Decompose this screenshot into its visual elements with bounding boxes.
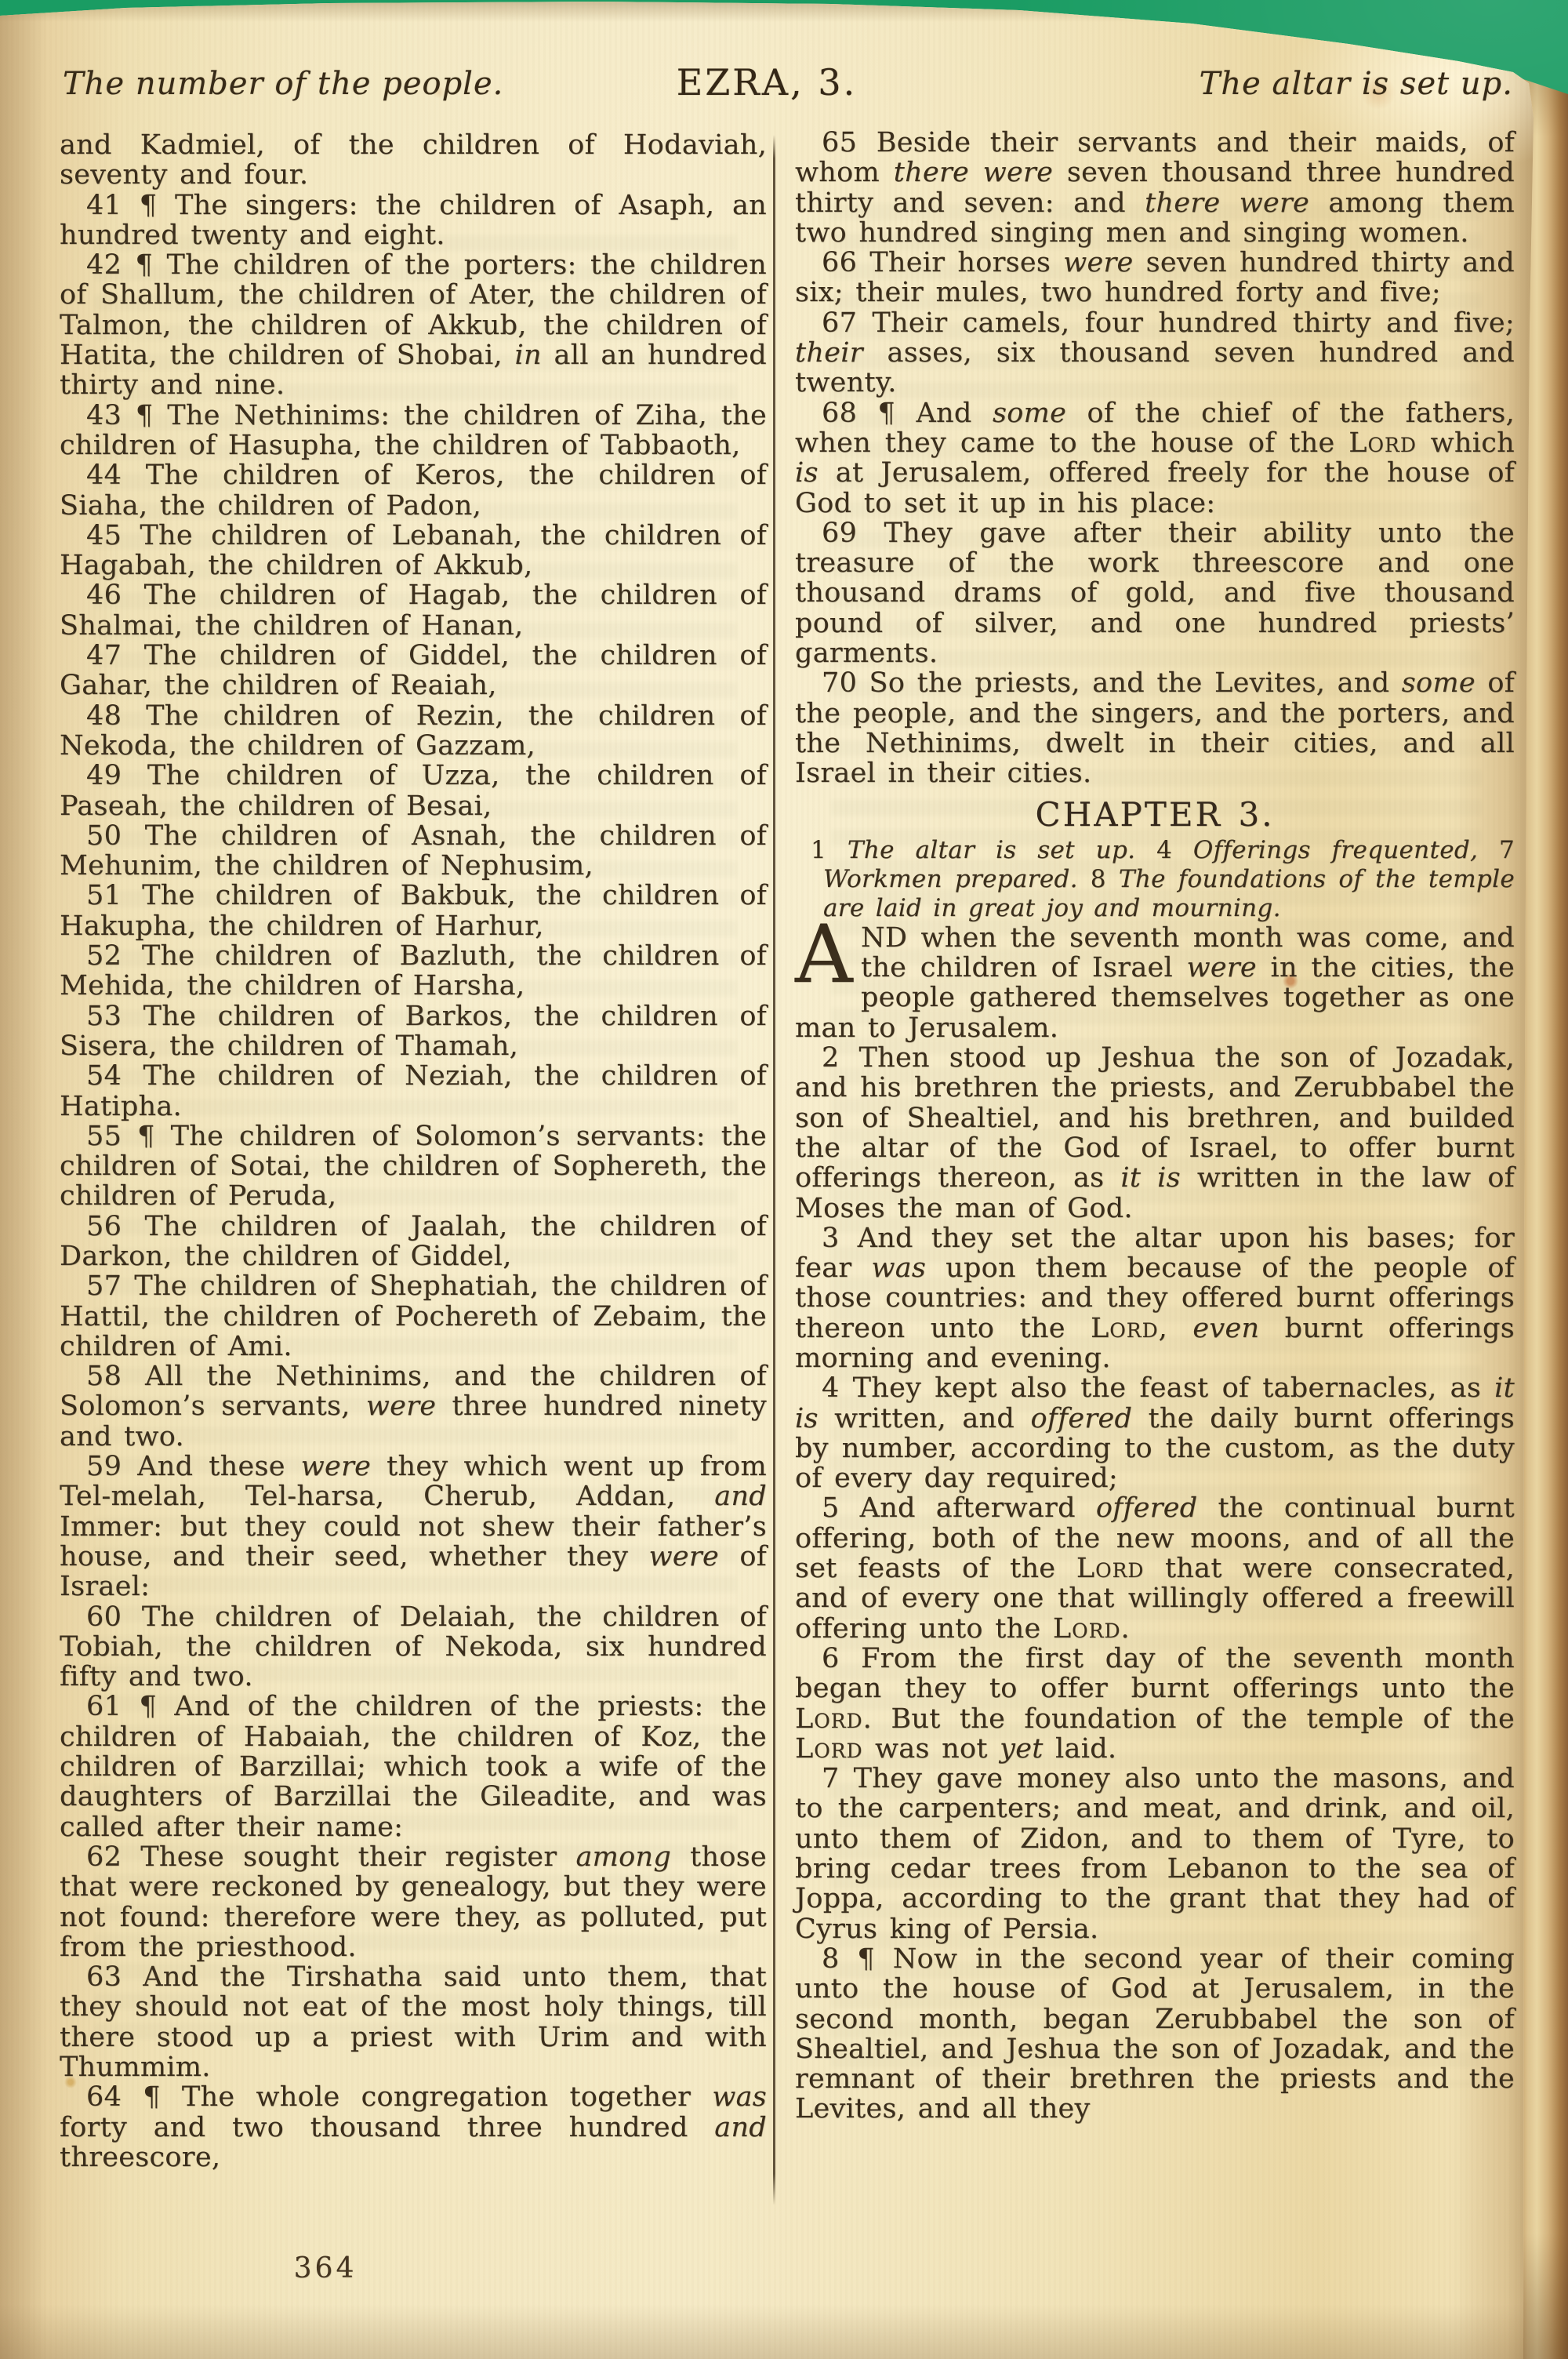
verse-paragraph: 54 The children of Neziah, the children …	[60, 1061, 767, 1121]
verse-paragraph: 52 The children of Bazluth, the children…	[60, 941, 767, 1001]
column-divider-rule	[773, 135, 775, 2205]
verse-paragraph: 66 Their horses were seven hundred thirt…	[795, 248, 1515, 308]
verse-paragraph: 46 The children of Hagab, the children o…	[60, 580, 767, 641]
verse-paragraph: 43 ¶ The Nethinims: the children of Ziha…	[60, 401, 767, 461]
verse-paragraph: 8 ¶ Now in the second year of their comi…	[795, 1944, 1515, 2125]
verse-paragraph: 67 Their camels, four hundred thirty and…	[795, 308, 1515, 398]
verse-paragraph: 69 They gave after their ability unto th…	[795, 518, 1515, 668]
verse-paragraph: 58 All the Nethinims, and the children o…	[60, 1361, 767, 1452]
chapter-summary: 1 The altar is set up. 4 Offerings frequ…	[795, 836, 1515, 923]
verse-paragraph: 47 The children of Giddel, the children …	[60, 641, 767, 701]
verse-paragraph: 45 The children of Lebanah, the children…	[60, 521, 767, 581]
verse-paragraph: 59 And these were they which went up fro…	[60, 1452, 767, 1601]
verse-paragraph: 7 They gave money also unto the masons, …	[795, 1764, 1515, 1944]
verse-paragraph: 3 And they set the altar upon his bases;…	[795, 1223, 1515, 1373]
running-head-right: The altar is set up.	[1200, 66, 1513, 102]
right-text-column: 65 Beside their servants and their maids…	[795, 128, 1515, 2125]
verse-paragraph: 2 Then stood up Jeshua the son of Jozada…	[795, 1043, 1515, 1223]
drop-cap: A	[795, 923, 861, 984]
verse-paragraph: 6 From the first day of the seventh mont…	[795, 1644, 1515, 1764]
verse-paragraph: and Kadmiel, of the children of Hodaviah…	[60, 130, 767, 191]
photographed-bible-page: EZRA, 3. The number of the people. The a…	[0, 0, 1568, 2359]
verse-paragraph: 41 ¶ The singers: the children of Asaph,…	[60, 191, 767, 251]
verse-paragraph: AND when the seventh month was come, and…	[795, 923, 1515, 1043]
book-page: EZRA, 3. The number of the people. The a…	[0, 0, 1534, 2359]
verse-paragraph: 48 The children of Rezin, the children o…	[60, 701, 767, 761]
verse-paragraph: 5 And afterward offered the continual bu…	[795, 1493, 1515, 1643]
verse-paragraph: 44 The children of Keros, the children o…	[60, 460, 767, 521]
left-text-column: and Kadmiel, of the children of Hodaviah…	[60, 130, 767, 2172]
verse-paragraph: 57 The children of Shephatiah, the child…	[60, 1271, 767, 1361]
verse-paragraph: 68 ¶ And some of the chief of the father…	[795, 398, 1515, 518]
verse-paragraph: 64 ¶ The whole congregation together was…	[60, 2082, 767, 2172]
verse-paragraph: 51 The children of Bakbuk, the children …	[60, 881, 767, 941]
verse-paragraph: 42 ¶ The children of the porters: the ch…	[60, 250, 767, 400]
verse-paragraph: 50 The children of Asnah, the children o…	[60, 821, 767, 881]
verse-paragraph: 56 The children of Jaalah, the children …	[60, 1212, 767, 1272]
verse-paragraph: 60 The children of Delaiah, the children…	[60, 1602, 767, 1692]
running-head-left: The number of the people.	[63, 66, 503, 102]
verse-paragraph: 53 The children of Barkos, the children …	[60, 1001, 767, 1062]
verse-paragraph: 65 Beside their servants and their maids…	[795, 128, 1515, 248]
chapter-heading: CHAPTER 3.	[795, 800, 1515, 830]
verse-paragraph: 4 They kept also the feast of tabernacle…	[795, 1373, 1515, 1493]
page-number: 364	[247, 2252, 404, 2284]
verse-paragraph: 63 And the Tirshatha said unto them, tha…	[60, 1962, 767, 2082]
verse-paragraph: 70 So the priests, and the Levites, and …	[795, 668, 1515, 788]
verse-paragraph: 49 The children of Uzza, the children of…	[60, 761, 767, 821]
verse-paragraph: 62 These sought their register among tho…	[60, 1842, 767, 1962]
verse-paragraph: 55 ¶ The children of Solomon’s servants:…	[60, 1121, 767, 1212]
verse-paragraph: 61 ¶ And of the children of the priests:…	[60, 1692, 767, 1841]
